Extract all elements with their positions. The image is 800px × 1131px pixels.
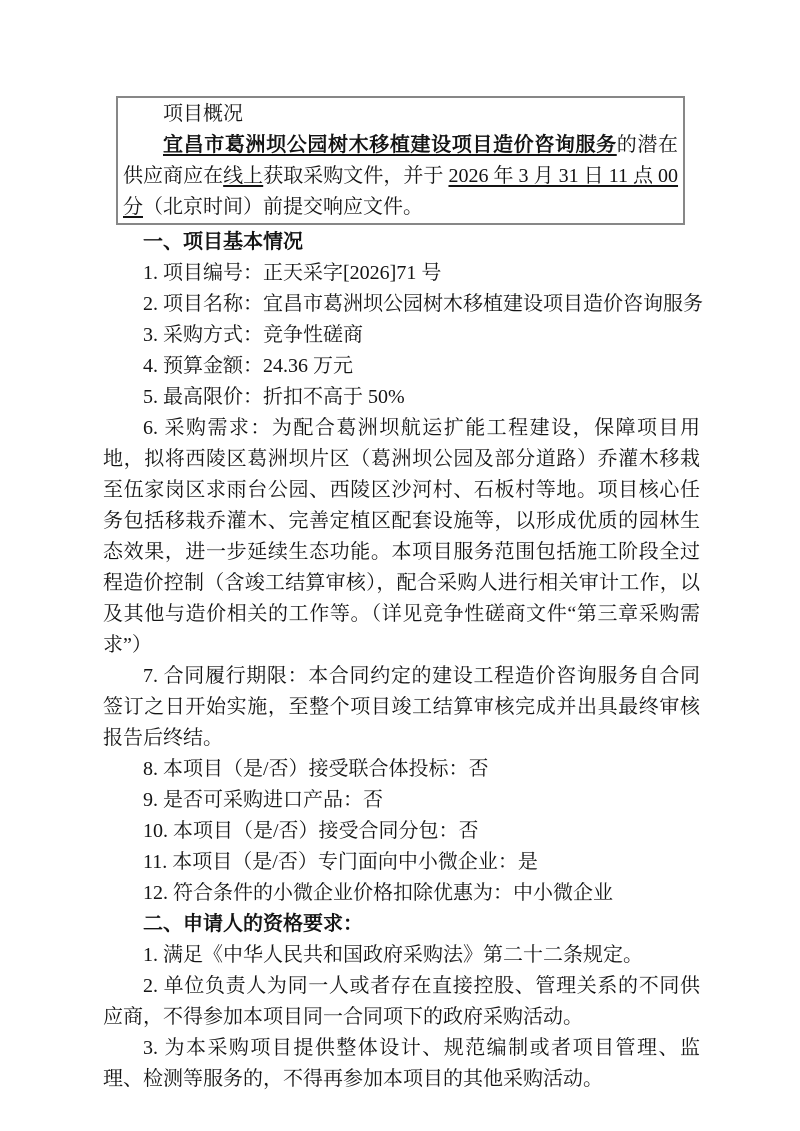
item-consortium-bidding: 8. 本项目（是/否）接受联合体投标：否 [103,754,700,785]
item-sme-price-deduction: 12. 符合条件的小微企业价格扣除优惠为：中小微企业 [103,878,700,909]
online-channel-underlined: 线上 [223,165,263,187]
project-overview-box: 项目概况 宜昌市葛洲坝公园树木移植建设项目造价咨询服务的潜在供应商应在线上获取采… [116,96,685,225]
item-sme-oriented: 11. 本项目（是/否）专门面向中小微企业：是 [103,847,700,878]
item-imported-products: 9. 是否可采购进口产品：否 [103,785,700,816]
item-max-price: 5. 最高限价：折扣不高于 50% [103,382,700,413]
qualification-item-same-responsible-person: 2. 单位负责人为同一人或者存在直接控股、管理关系的不同供应商，不得参加本项目同… [103,971,700,1033]
document-page: 项目概况 宜昌市葛洲坝公园树木移植建设项目造价咨询服务的潜在供应商应在线上获取采… [0,0,800,1131]
item-contract-period: 7. 合同履行期限：本合同约定的建设工程造价咨询服务自合同签订之日开始实施，至整… [103,661,700,754]
item-project-number: 1. 项目编号：正天采字[2026]71 号 [103,258,700,289]
section1-heading: 一、项目基本情况 [103,227,700,258]
item-project-name: 2. 项目名称：宜昌市葛洲坝公园树木移植建设项目造价咨询服务 [103,289,700,320]
item-procurement-requirements: 6. 采购需求：为配合葛洲坝航运扩能工程建设，保障项目用地，拟将西陵区葛洲坝片区… [103,413,700,661]
overview-title: 项目概况 [123,99,678,130]
overview-intro: 宜昌市葛洲坝公园树木移植建设项目造价咨询服务的潜在供应商应在线上获取采购文件，并… [123,130,678,223]
overview-intro-text-2: 获取采购文件，并于 [263,165,448,187]
overview-intro-text-3: （北京时间）前提交响应文件。 [143,196,423,218]
section2-heading: 二、申请人的资格要求： [103,909,700,940]
item-subcontracting: 10. 本项目（是/否）接受合同分包：否 [103,816,700,847]
project-name: 宜昌市葛洲坝公园树木移植建设项目造价咨询服务 [163,134,617,156]
item-budget-amount: 4. 预算金额：24.36 万元 [103,351,700,382]
qualification-item-law: 1. 满足《中华人民共和国政府采购法》第二十二条规定。 [103,940,700,971]
qualification-item-design-services: 3. 为本采购项目提供整体设计、规范编制或者项目管理、监理、检测等服务的，不得再… [103,1033,700,1095]
document-content: 项目概况 宜昌市葛洲坝公园树木移植建设项目造价咨询服务的潜在供应商应在线上获取采… [103,96,700,1095]
item-procurement-method: 3. 采购方式：竞争性磋商 [103,320,700,351]
